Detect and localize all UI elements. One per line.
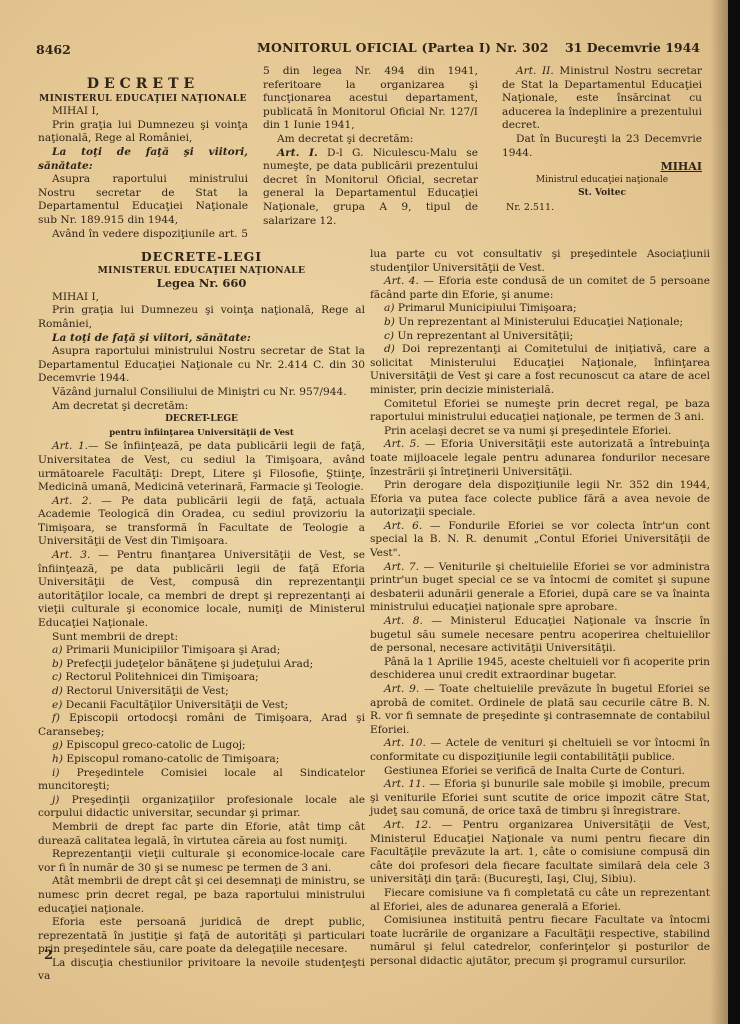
law-paragraph: Art. 12. — Pentru organizarea Universită…	[370, 819, 710, 887]
law-paragraph: Art. 1.— Se înfiinţează, pe data publică…	[38, 440, 365, 494]
article-text: La discuţia chestiunilor privitoare la n…	[38, 957, 365, 983]
law-paragraph: a) Primarii Municipiilor Timişoara şi Ar…	[38, 644, 365, 658]
law-paragraph: Sunt membrii de drept:	[38, 631, 365, 645]
law-paragraph: e) Decanii Facultăţilor Universităţii de…	[38, 699, 365, 713]
article-label: d)	[52, 685, 63, 697]
article-label: c)	[52, 671, 62, 683]
article-label: a)	[384, 302, 394, 314]
article-text: Comitetul Eforiei se numeşte prin decret…	[370, 398, 710, 424]
signature-mark: 2	[44, 948, 53, 963]
law-paragraph: g) Episcopul greco-catolic de Lugoj;	[38, 739, 365, 753]
law-paragraph: Art. 6. — Fondurile Eforiei se vor colec…	[370, 520, 710, 561]
law-paragraph: b) Prefecţii judeţelor bănăţene şi judeţ…	[38, 658, 365, 672]
decree-law-title: DECRET-LEGE	[38, 413, 365, 427]
law-paragraph: Până la 1 Aprilie 1945, aceste cheltuiel…	[370, 656, 710, 683]
law-paragraph: j) Preşedinţii organizaţiilor profesiona…	[38, 794, 365, 821]
article-label: Art. 4. —	[384, 275, 434, 287]
decree-column-2: 5 din legea Nr. 494 din 1941, referitoar…	[263, 65, 478, 228]
law-paragraph: La discuţia chestiunilor privitoare la n…	[38, 957, 365, 984]
article-text: Un reprezentant al Universităţii;	[397, 330, 573, 342]
law-paragraph: Fiecare comisiune va fi completată cu câ…	[370, 887, 710, 914]
article-II: Art. II. Ministrul Nostru secretar de St…	[502, 65, 702, 133]
law-paragraph: b) Un reprezentant al Ministerului Educa…	[370, 316, 710, 330]
law-paragraph: Art. 9. — Toate cheltuielile prevăzute î…	[370, 683, 710, 737]
article-label: Art. 5. —	[384, 438, 436, 450]
article-text: Episcopul romano-catolic de Timişoara;	[66, 753, 279, 765]
publication-title: MONITORUL OFICIAL (Partea I) Nr. 302	[257, 40, 549, 55]
article-text: Un reprezentant al Ministerului Educaţie…	[398, 316, 683, 328]
article-label: h)	[52, 753, 63, 765]
article-label: Art. I.	[277, 147, 318, 159]
royal-signature: MIHAI	[502, 160, 702, 174]
decree-column-3: Art. II. Ministrul Nostru secretar de St…	[502, 65, 702, 215]
law-paragraph: Gestiunea Eforiei se verifică de Inalta …	[370, 765, 710, 779]
article-label: Art. 3. —	[52, 549, 109, 561]
article-label: d)	[384, 343, 395, 355]
ministry-heading: MINISTERUL EDUCAŢIEI NAŢIONALE	[38, 92, 248, 106]
minister-name: St. Voitec	[502, 187, 702, 201]
article-label: b)	[52, 658, 63, 670]
law-paragraph: Comitetul Eforiei se numeşte prin decret…	[370, 398, 710, 425]
article-text: Membrii de drept fac parte din Eforie, a…	[38, 821, 365, 847]
article-label: Art. II.	[516, 65, 554, 77]
law-paragraph: Eforia este persoană juridică de drept p…	[38, 916, 365, 957]
report-paragraph: Asupra raportului ministrului Nostru sec…	[38, 345, 365, 386]
article-label: e)	[52, 699, 62, 711]
article-label: Art. 2. —	[52, 495, 112, 507]
article-text: Rectorul Politehnicei din Timişoara;	[65, 671, 258, 683]
law-paragraph: lua parte cu vot consultativ şi preşedin…	[370, 248, 710, 275]
ministry-heading: MINISTERUL EDUCAŢIEI NAŢIONALE	[38, 264, 365, 278]
law-paragraph: Art. 3. — Pentru finanţarea Universităţi…	[38, 549, 365, 631]
article-label: Art. 10. —	[384, 737, 441, 749]
law-paragraph: h) Episcopul romano-catolic de Timişoara…	[38, 753, 365, 767]
law-paragraph: d) Rectorul Universităţii de Vest;	[38, 685, 365, 699]
law-paragraph: Art. 2. — Pe data publicării legii de fa…	[38, 495, 365, 549]
law-paragraph: f) Episcopii ortodocşi români de Timişoa…	[38, 712, 365, 739]
article-text: Comisiunea instituită pentru fiecare Fac…	[370, 914, 710, 967]
article-label: a)	[52, 644, 62, 656]
article-label: Art. 8. —	[384, 615, 442, 627]
article-text: Prefecţii judeţelor bănăţene şi judeţulu…	[66, 658, 313, 670]
article-label: g)	[52, 739, 63, 751]
decree-law-subtitle: pentru înfiinţarea Universităţii de Vest	[38, 427, 365, 441]
king-name: MIHAI I,	[38, 105, 248, 119]
decree-number: Nr. 2.511.	[502, 201, 702, 215]
article-text: Fiecare comisiune va fi completată cu câ…	[370, 887, 710, 913]
decreed-formula: Am decretat şi decretăm:	[263, 133, 478, 147]
law-articles-left: Art. 1.— Se înfiinţează, pe data publică…	[38, 440, 365, 984]
article-text: Sunt membrii de drept:	[52, 631, 178, 643]
law-number: Legea Nr. 660	[38, 277, 365, 291]
grace-formula: Prin graţia lui Dumnezeu şi voinţa naţio…	[38, 304, 365, 331]
publication-date: 31 Decemvrie 1944	[565, 40, 700, 55]
decreed-formula: Am decretat şi decretăm:	[38, 400, 365, 414]
article-label: f)	[52, 712, 60, 724]
given-at: Dat în Bucureşti la 23 Decemvrie 1944.	[502, 133, 702, 160]
law-paragraph: Art. 4. — Eforia este condusă de un comi…	[370, 275, 710, 302]
greeting: La toţi de faţă şi viitori, sănătate:	[38, 332, 365, 346]
law-paragraph: Art. 10. — Actele de venituri şi cheltui…	[370, 737, 710, 764]
law-paragraph: Atât membrii de drept cât şi cei desemna…	[38, 875, 365, 916]
king-name: MIHAI I,	[38, 291, 365, 305]
document-page: 8462 MONITORUL OFICIAL (Partea I) Nr. 30…	[0, 0, 728, 1024]
law-column-right: lua parte cu vot consultativ şi preşedin…	[370, 248, 710, 968]
law-paragraph: a) Primarul Municipiului Timişoara;	[370, 302, 710, 316]
law-paragraph: Reprezentanţii vieţii culturale şi econo…	[38, 848, 365, 875]
article-label: Art. 7. —	[384, 561, 434, 573]
page-header: 8462 MONITORUL OFICIAL (Partea I) Nr. 30…	[36, 40, 700, 60]
law-paragraph: Art. 5. — Eforia Universităţii este auto…	[370, 438, 710, 479]
article-text: Preşedintele Comisiei locale al Sindicat…	[38, 767, 365, 793]
section-title-decrete: DECRETE	[38, 78, 248, 92]
article-text: Gestiunea Eforiei se verifică de Inalta …	[384, 765, 685, 777]
article-label: Art. 12. —	[384, 819, 452, 831]
article-text: lua parte cu vot consultativ şi preşedin…	[370, 248, 710, 274]
grace-formula: Prin graţia lui Dumnezeu şi voinţa naţio…	[38, 119, 248, 146]
page-number: 8462	[36, 42, 71, 57]
law-paragraph: i) Preşedintele Comisiei locale al Sindi…	[38, 767, 365, 794]
law-paragraph: Art. 11. — Eforia şi bunurile sale mobil…	[370, 778, 710, 819]
considering-paragraph: Având în vedere dispoziţiunile art. 5 di…	[38, 228, 248, 242]
law-paragraph: Prin derogare dela dispoziţiunile legii …	[370, 479, 710, 520]
article-text: Prin derogare dela dispoziţiunile legii …	[370, 479, 710, 518]
considering-continued: 5 din legea Nr. 494 din 1941, referitoar…	[263, 65, 478, 133]
article-text: Atât membrii de drept cât şi cei desemna…	[38, 875, 365, 914]
article-label: b)	[384, 316, 395, 328]
article-text: Eforia este persoană juridică de drept p…	[38, 916, 365, 955]
article-I: Art. I. D-l G. Niculescu-Malu se numeşte…	[263, 147, 478, 229]
article-label: Art. 11. —	[384, 778, 440, 790]
journal-paragraph: Văzând jurnalul Consiliului de Miniştri …	[38, 386, 365, 400]
article-label: c)	[384, 330, 394, 342]
greeting: La toţi de faţă şi viitori, sănătate:	[38, 146, 248, 173]
law-paragraph: c) Rectorul Politehnicei din Timişoara;	[38, 671, 365, 685]
article-label: Art. 6. —	[384, 520, 441, 532]
law-paragraph: d) Doi reprezentanţi ai Comitetului de i…	[370, 343, 710, 397]
law-paragraph: Prin acelaşi decret se va numi şi preşed…	[370, 425, 710, 439]
law-paragraph: Art. 8. — Ministerul Educaţiei Naţionale…	[370, 615, 710, 656]
article-text: Primarul Municipiului Timişoara;	[398, 302, 577, 314]
article-text: Preşedinţii organizaţiilor profesionale …	[38, 794, 365, 820]
decree-column-1: DECRETE MINISTERUL EDUCAŢIEI NAŢIONALE M…	[38, 78, 248, 242]
article-label: Art. 1.—	[52, 440, 99, 452]
law-column-left: DECRETE-LEGI MINISTERUL EDUCAŢIEI NAŢION…	[38, 250, 365, 984]
law-paragraph: Art. 7. — Veniturile şi cheltuielile Efo…	[370, 561, 710, 615]
article-text: Episcopii ortodocşi români de Timişoara,…	[38, 712, 365, 738]
law-paragraph: Comisiunea instituită pentru fiecare Fac…	[370, 914, 710, 968]
article-label: Art. 9. —	[384, 683, 435, 695]
law-articles-right: lua parte cu vot consultativ şi preşedin…	[370, 248, 710, 968]
article-text: Până la 1 Aprilie 1945, aceste cheltuiel…	[370, 656, 710, 682]
article-text: Primarii Municipiilor Timişoara şi Arad;	[66, 644, 280, 656]
article-text: Decanii Facultăţilor Universităţii de Ve…	[66, 699, 288, 711]
section-title-decrete-legi: DECRETE-LEGI	[38, 250, 365, 264]
article-text: Episcopul greco-catolic de Lugoj;	[66, 739, 245, 751]
law-paragraph: Membrii de drept fac parte din Eforie, a…	[38, 821, 365, 848]
article-text: Doi reprezentanţi ai Comitetului de iniţ…	[370, 343, 710, 396]
article-text: Prin acelaşi decret se va numi şi preşed…	[384, 425, 671, 437]
article-text: Reprezentanţii vieţii culturale şi econo…	[38, 848, 365, 874]
article-label: j)	[52, 794, 59, 806]
law-paragraph: c) Un reprezentant al Universităţii;	[370, 330, 710, 344]
article-label: i)	[52, 767, 60, 779]
minister-title: Ministrul educaţiei naţionale	[502, 174, 702, 188]
report-paragraph: Asupra raportului ministrului Nostru sec…	[38, 173, 248, 227]
article-text: Rectorul Universităţii de Vest;	[66, 685, 228, 697]
